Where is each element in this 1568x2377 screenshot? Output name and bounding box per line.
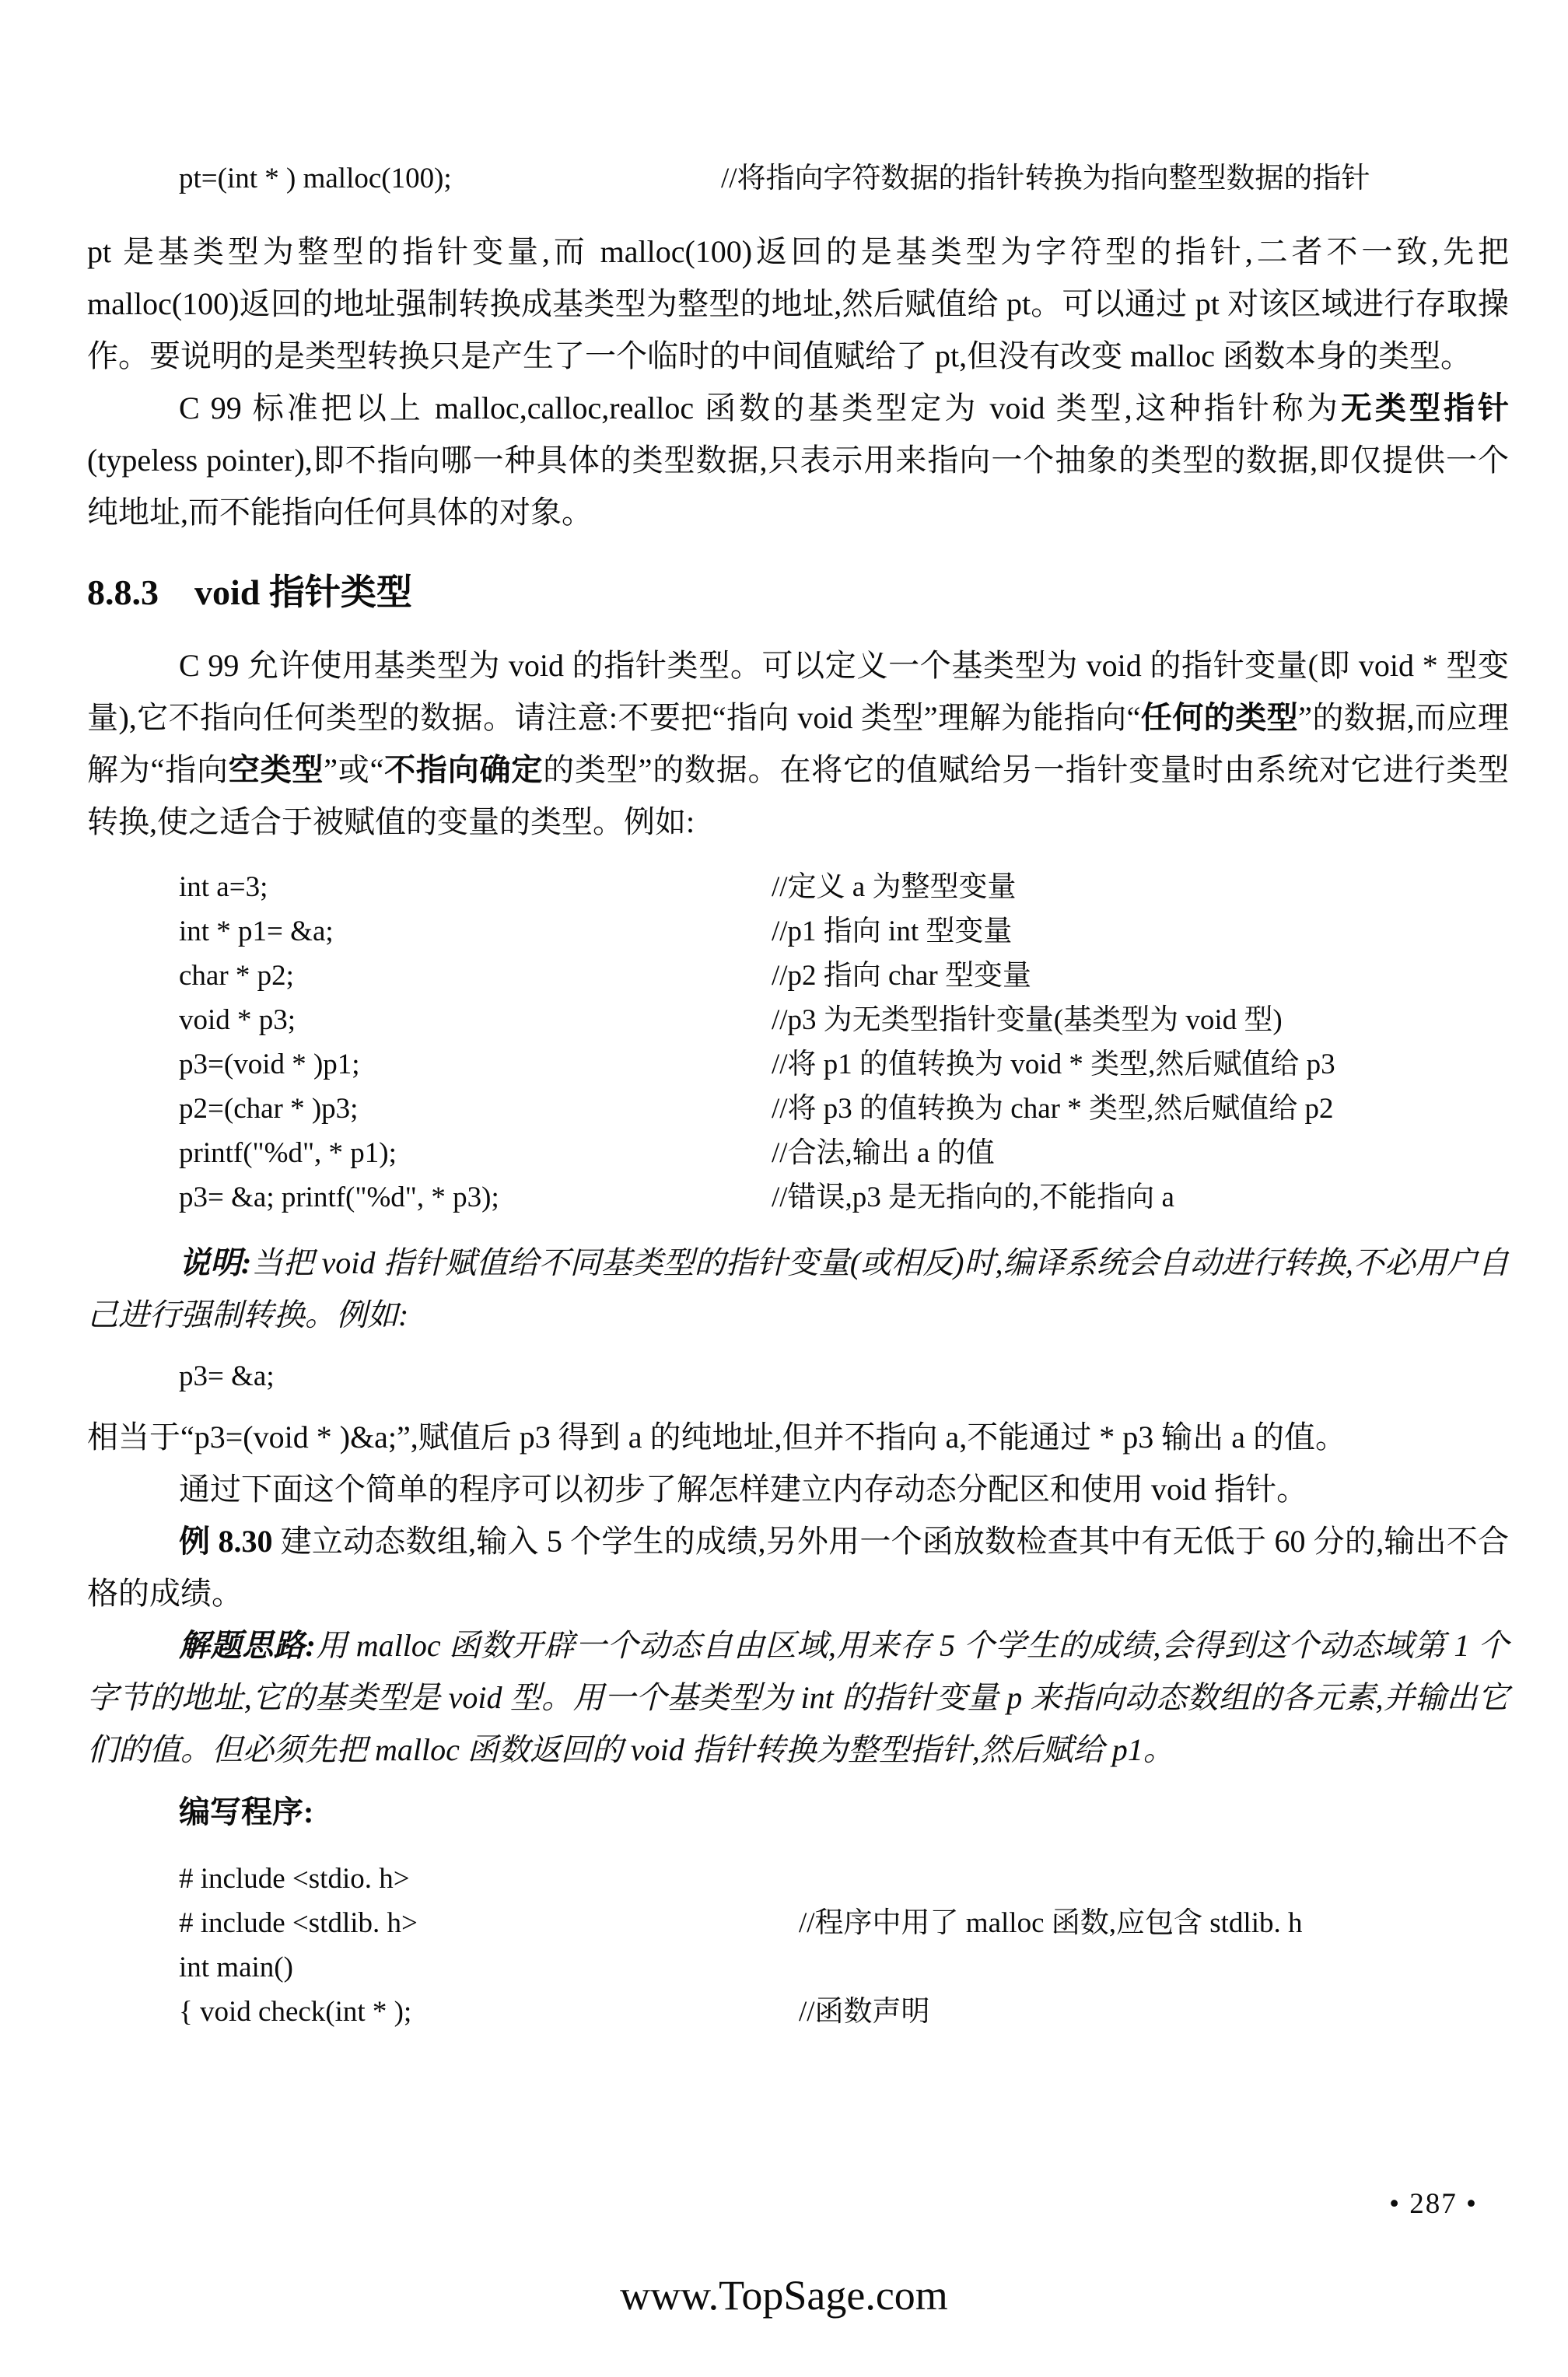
code-text: p2=(char * )p3; [179, 1093, 358, 1125]
paragraph-c99-typeless-pointer: C 99 标准把以上 malloc,calloc,realloc 函数的基类型定… [87, 382, 1509, 538]
code-line-pt-malloc: pt=(int * ) malloc(100); //将指向字符数据的指针转换为… [87, 157, 1509, 201]
code-text: int main() [179, 1952, 293, 1983]
code-comment: //合法,输出 a 的值 [772, 1131, 995, 1175]
write-program-label: 编写程序: [87, 1788, 1509, 1836]
code-text: printf("%d", * p1); [179, 1137, 397, 1169]
book-page: pt=(int * ) malloc(100); //将指向字符数据的指针转换为… [0, 0, 1568, 2377]
code-line: printf("%d", * p1);//合法,输出 a 的值 [87, 1131, 1509, 1175]
code-comment: //将 p3 的值转换为 char * 类型,然后赋值给 p2 [772, 1087, 1333, 1131]
code-text: void * p3; [179, 1004, 296, 1036]
code-comment: //将指向字符数据的指针转换为指向整型数据的指针 [721, 157, 1370, 201]
code-text: int * p1= &a; [179, 915, 334, 947]
code-line: p3=(void * )p1;//将 p1 的值转换为 void * 类型,然后… [87, 1042, 1509, 1087]
code-text: pt=(int * ) malloc(100); [179, 163, 452, 194]
section-title: void 指针类型 [194, 572, 412, 612]
code-comment: //程序中用了 malloc 函数,应包含 stdlib. h [799, 1901, 1302, 1945]
code-comment: //将 p1 的值转换为 void * 类型,然后赋值给 p3 [772, 1042, 1335, 1087]
code-comment: //错误,p3 是无指向的,不能指向 a [772, 1175, 1174, 1220]
code-line: void * p3;//p3 为无类型指针变量(基类型为 void 型) [87, 998, 1509, 1042]
code-text: # include <stdio. h> [179, 1863, 410, 1895]
code-line: char * p2;//p2 指向 char 型变量 [87, 954, 1509, 998]
code-line: int a=3;//定义 a 为整型变量 [87, 865, 1509, 909]
code-comment: //定义 a 为整型变量 [772, 865, 1016, 909]
code-text: char * p2; [179, 960, 294, 992]
code-line: int * p1= &a;//p1 指向 int 型变量 [87, 909, 1509, 954]
code-comment: //p3 为无类型指针变量(基类型为 void 型) [772, 998, 1283, 1042]
section-heading: 8.8.3void 指针类型 [87, 569, 1509, 616]
code-text: { void check(int * ); [179, 1996, 411, 2028]
code-line-p3-assign: p3= &a; [87, 1355, 1509, 1399]
code-line: # include <stdlib. h>//程序中用了 malloc 函数,应… [87, 1901, 1509, 1945]
paragraph-intro-program: 通过下面这个简单的程序可以初步了解怎样建立内存动态分配区和使用 void 指针。 [87, 1463, 1509, 1515]
paragraph-void-pointer-type: C 99 允许使用基类型为 void 的指针类型。可以定义一个基类型为 void… [87, 639, 1509, 848]
code-line: { void check(int * );//函数声明 [87, 1990, 1509, 2034]
code-line: p2=(char * )p3;//将 p3 的值转换为 char * 类型,然后… [87, 1087, 1509, 1131]
code-text: p3= &a; printf("%d", * p3); [179, 1181, 499, 1213]
code-text: p3=(void * )p1; [179, 1048, 360, 1080]
paragraph-pt-explanation: pt 是基类型为整型的指针变量,而 malloc(100)返回的是基类型为字符型… [87, 226, 1509, 382]
code-text: p3= &a; [179, 1360, 275, 1392]
code-block-program: # include <stdio. h> # include <stdlib. … [87, 1857, 1509, 2034]
paragraph-equivalent: 相当于“p3=(void * )&a;”,赋值后 p3 得到 a 的纯地址,但并… [87, 1411, 1509, 1463]
watermark-url: www.TopSage.com [0, 2271, 1568, 2319]
code-comment: //函数声明 [799, 1990, 930, 2034]
paragraph-solution-idea: 解题思路:用 malloc 函数开辟一个动态自由区域,用来存 5 个学生的成绩,… [87, 1619, 1509, 1776]
code-text: # include <stdlib. h> [179, 1907, 418, 1939]
code-comment: //p2 指向 char 型变量 [772, 954, 1031, 998]
code-line: p3= &a; printf("%d", * p3);//错误,p3 是无指向的… [87, 1175, 1509, 1220]
section-number: 8.8.3 [87, 572, 159, 612]
paragraph-example-8-30: 例 8.30 建立动态数组,输入 5 个学生的成绩,另外用一个函放数检查其中有无… [87, 1515, 1509, 1619]
code-line: # include <stdio. h> [87, 1857, 1509, 1901]
code-text: int a=3; [179, 871, 268, 903]
paragraph-note: 说明:当把 void 指针赋值给不同基类型的指针变量(或相反)时,编译系统会自动… [87, 1237, 1509, 1341]
code-comment: //p1 指向 int 型变量 [772, 909, 1012, 954]
page-number: • 287 • [1389, 2187, 1478, 2221]
code-block-pointer-examples: int a=3;//定义 a 为整型变量 int * p1= &a;//p1 指… [87, 865, 1509, 1220]
code-line: int main() [87, 1945, 1509, 1990]
